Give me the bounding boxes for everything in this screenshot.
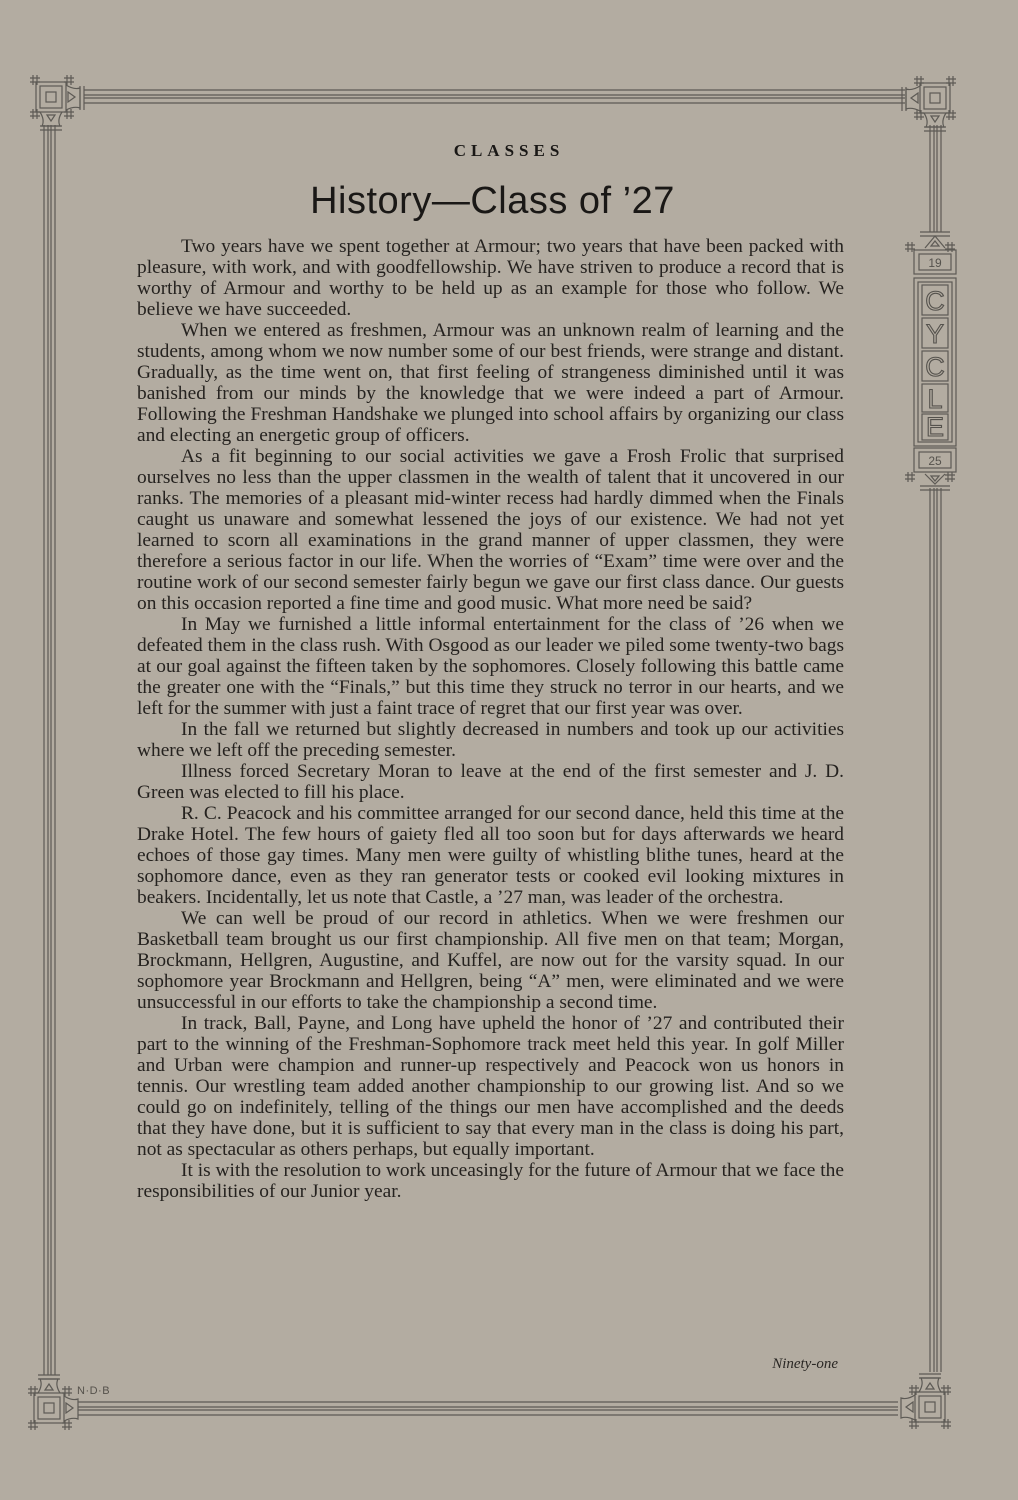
paragraph: In May we furnished a little informal en… bbox=[137, 614, 844, 719]
paragraph: In the fall we returned but slightly dec… bbox=[137, 719, 844, 761]
side-panel-letter-5: E bbox=[926, 412, 944, 442]
page-title: History—Class of ’27 bbox=[0, 180, 985, 223]
paragraph: R. C. Peacock and his committee arranged… bbox=[137, 803, 844, 908]
side-panel-year-bottom: 25 bbox=[928, 454, 942, 468]
artist-signature: N·D·B bbox=[77, 1385, 110, 1397]
paragraph: Illness forced Secretary Moran to leave … bbox=[137, 761, 844, 803]
corner-ornament-bottom-right bbox=[901, 1374, 951, 1429]
paragraph: We can well be proud of our record in at… bbox=[137, 908, 844, 1013]
side-panel-letter-1: C bbox=[925, 286, 945, 316]
corner-ornament-bottom-left bbox=[28, 1375, 78, 1430]
side-panel-year-top: 19 bbox=[928, 256, 942, 270]
article-body: Two years have we spent together at Armo… bbox=[137, 236, 844, 1202]
side-panel-letter-3: C bbox=[925, 352, 945, 382]
corner-ornament-top-right bbox=[902, 76, 956, 131]
paragraph: As a fit beginning to our social activit… bbox=[137, 446, 844, 614]
paragraph: In track, Ball, Payne, and Long have uph… bbox=[137, 1013, 844, 1160]
section-heading: CLASSES bbox=[0, 141, 1018, 161]
side-panel-letter-4: L bbox=[927, 384, 942, 414]
paragraph: It is with the resolution to work unceas… bbox=[137, 1160, 844, 1202]
corner-ornament-top-left bbox=[30, 75, 84, 130]
side-panel-letter-2: Y bbox=[926, 319, 944, 349]
paragraph: Two years have we spent together at Armo… bbox=[137, 236, 844, 320]
paragraph: When we entered as freshmen, Armour was … bbox=[137, 320, 844, 446]
page-number: Ninety-one bbox=[772, 1356, 838, 1373]
